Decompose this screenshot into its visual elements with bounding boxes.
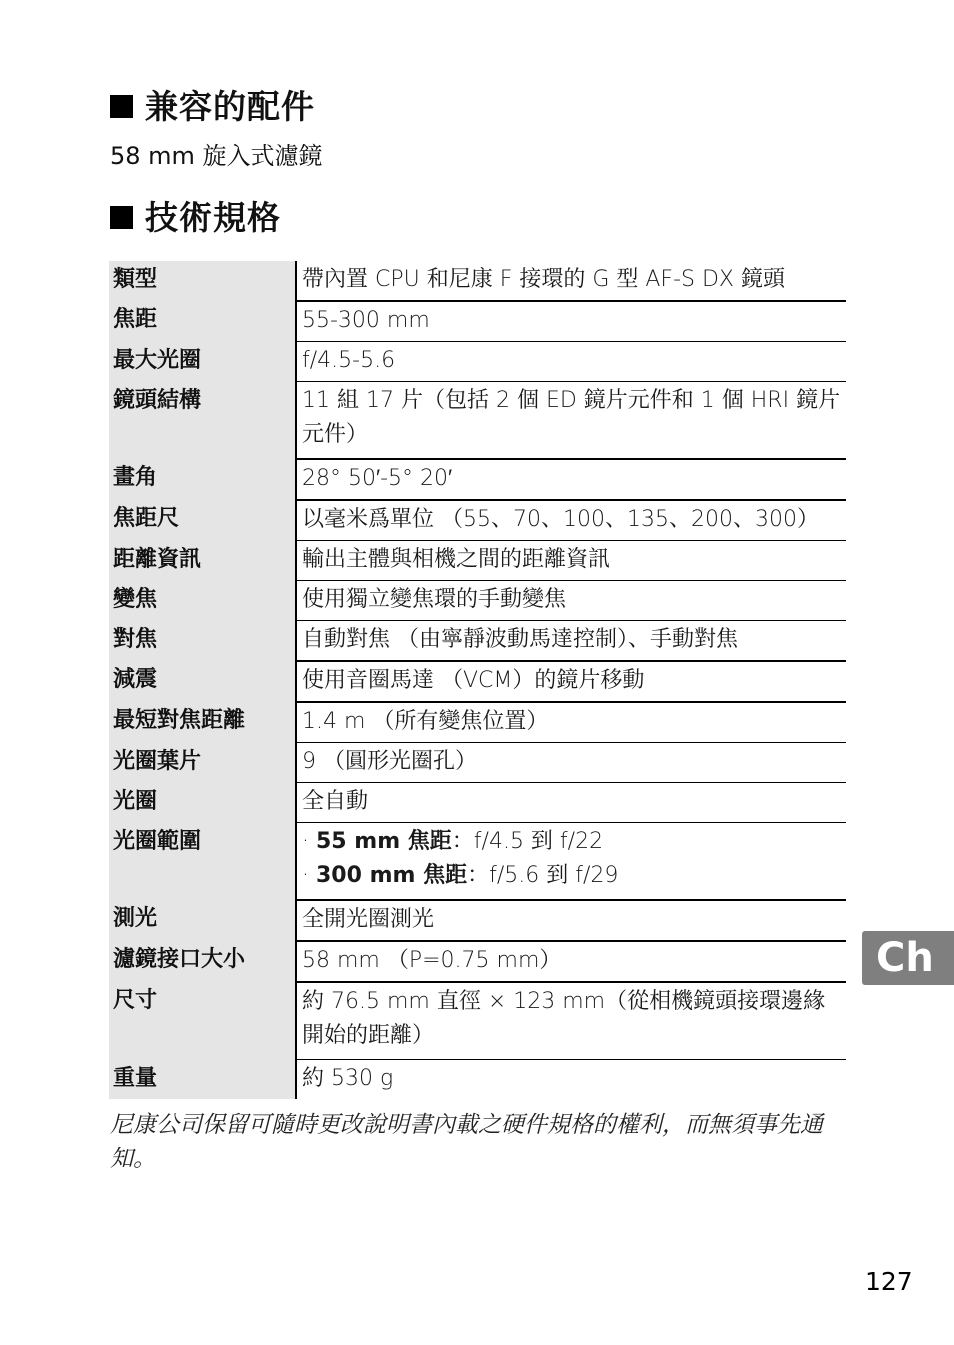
row-value: 使用獨立變焦環的手動變焦 bbox=[296, 581, 846, 621]
square-bullet-icon bbox=[110, 95, 133, 118]
table-row: 最短對焦距離 1.4 m （所有變焦位置） bbox=[109, 702, 846, 743]
table-row: 最大光圈 f/4.5-5.6 bbox=[109, 342, 846, 382]
row-label: 鏡頭結構 bbox=[109, 382, 296, 460]
row-value: 1.4 m （所有變焦位置） bbox=[296, 702, 846, 743]
row-value: 自動對焦 （由寧靜波動馬達控制）、手動對焦 bbox=[296, 621, 846, 662]
table-row: 焦距 55-300 mm bbox=[109, 301, 846, 342]
row-label: 測光 bbox=[109, 900, 296, 941]
bullet-item: · 55 mm 焦距：f/4.5 到 f/22 bbox=[302, 825, 846, 859]
row-label: 最大光圈 bbox=[109, 342, 296, 382]
row-label: 重量 bbox=[109, 1060, 296, 1100]
row-value: 約 530 g bbox=[296, 1060, 846, 1100]
row-value: 以毫米爲單位 （55、70、100、135、200、300） bbox=[296, 500, 846, 541]
chapter-tab: Ch bbox=[862, 931, 954, 985]
row-label: 距離資訊 bbox=[109, 541, 296, 581]
table-row: 類型 帶內置 CPU 和尼康 F 接環的 G 型 AF-S DX 鏡頭 bbox=[109, 261, 846, 301]
spec-table: 類型 帶內置 CPU 和尼康 F 接環的 G 型 AF-S DX 鏡頭 焦距 5… bbox=[109, 261, 846, 1099]
table-row: 濾鏡接口大小 58 mm （P=0.75 mm） bbox=[109, 941, 846, 982]
table-row: 畫角 28° 50′-5° 20′ bbox=[109, 459, 846, 500]
row-label: 光圈葉片 bbox=[109, 743, 296, 783]
row-value: 輸出主體與相機之間的距離資訊 bbox=[296, 541, 846, 581]
row-value: 55-300 mm bbox=[296, 301, 846, 342]
table-row: 光圈 全自動 bbox=[109, 783, 846, 823]
bullet-text: ：f/5.6 到 f/29 bbox=[467, 863, 618, 888]
bullet-item: · 300 mm 焦距：f/5.6 到 f/29 bbox=[302, 859, 846, 893]
disclaimer-note: 尼康公司保留可隨時更改說明書內載之硬件規格的權利，而無須事先通知。 bbox=[110, 1108, 850, 1176]
row-label: 減震 bbox=[109, 661, 296, 702]
specifications-title: 技術規格 bbox=[145, 201, 281, 234]
row-label: 濾鏡接口大小 bbox=[109, 941, 296, 982]
row-value: 全自動 bbox=[296, 783, 846, 823]
bullet-bold: 300 mm 焦距 bbox=[316, 863, 467, 888]
row-label: 對焦 bbox=[109, 621, 296, 662]
row-value: 使用音圈馬達 （VCM）的鏡片移動 bbox=[296, 661, 846, 702]
row-label: 畫角 bbox=[109, 459, 296, 500]
compatible-accessories-text: 58 mm 旋入式濾鏡 bbox=[110, 144, 323, 168]
bullet-text: ：f/4.5 到 f/22 bbox=[452, 829, 603, 854]
row-label: 尺寸 bbox=[109, 982, 296, 1060]
row-label: 焦距尺 bbox=[109, 500, 296, 541]
table-row: 焦距尺 以毫米爲單位 （55、70、100、135、200、300） bbox=[109, 500, 846, 541]
row-label: 最短對焦距離 bbox=[109, 702, 296, 743]
row-value: 全開光圈測光 bbox=[296, 900, 846, 941]
table-row: 鏡頭結構 11 組 17 片（包括 2 個 ED 鏡片元件和 1 個 HRI 鏡… bbox=[109, 382, 846, 460]
row-value: 28° 50′-5° 20′ bbox=[296, 459, 846, 500]
table-row: 測光 全開光圈測光 bbox=[109, 900, 846, 941]
table-row: 距離資訊 輸出主體與相機之間的距離資訊 bbox=[109, 541, 846, 581]
square-bullet-icon bbox=[110, 206, 133, 229]
row-label: 焦距 bbox=[109, 301, 296, 342]
row-value: f/4.5-5.6 bbox=[296, 342, 846, 382]
table-row: 光圈葉片 9 （圓形光圈孔） bbox=[109, 743, 846, 783]
row-value: 58 mm （P=0.75 mm） bbox=[296, 941, 846, 982]
row-value: 9 （圓形光圈孔） bbox=[296, 743, 846, 783]
row-label: 變焦 bbox=[109, 581, 296, 621]
row-label: 類型 bbox=[109, 261, 296, 301]
row-value: 帶內置 CPU 和尼康 F 接環的 G 型 AF-S DX 鏡頭 bbox=[296, 261, 846, 301]
table-row: 對焦 自動對焦 （由寧靜波動馬達控制）、手動對焦 bbox=[109, 621, 846, 662]
page-number: 127 bbox=[865, 1267, 913, 1296]
compatible-accessories-title: 兼容的配件 bbox=[145, 90, 315, 123]
bullet-bold: 55 mm 焦距 bbox=[316, 829, 452, 854]
table-row: 重量 約 530 g bbox=[109, 1060, 846, 1100]
row-label: 光圈範圍 bbox=[109, 823, 296, 901]
table-row: 變焦 使用獨立變焦環的手動變焦 bbox=[109, 581, 846, 621]
row-value: 約 76.5 mm 直徑 × 123 mm（從相機鏡頭接環邊緣開始的距離） bbox=[296, 982, 846, 1060]
row-value: 11 組 17 片（包括 2 個 ED 鏡片元件和 1 個 HRI 鏡片元件） bbox=[296, 382, 846, 460]
row-value-bullets: · 55 mm 焦距：f/4.5 到 f/22 · 300 mm 焦距：f/5.… bbox=[296, 823, 846, 901]
specifications-heading: 技術規格 bbox=[110, 201, 281, 234]
compatible-accessories-heading: 兼容的配件 bbox=[110, 90, 315, 123]
table-row: 光圈範圍 · 55 mm 焦距：f/4.5 到 f/22 · 300 mm 焦距… bbox=[109, 823, 846, 901]
row-label: 光圈 bbox=[109, 783, 296, 823]
table-row: 尺寸 約 76.5 mm 直徑 × 123 mm（從相機鏡頭接環邊緣開始的距離） bbox=[109, 982, 846, 1060]
table-row: 減震 使用音圈馬達 （VCM）的鏡片移動 bbox=[109, 661, 846, 702]
